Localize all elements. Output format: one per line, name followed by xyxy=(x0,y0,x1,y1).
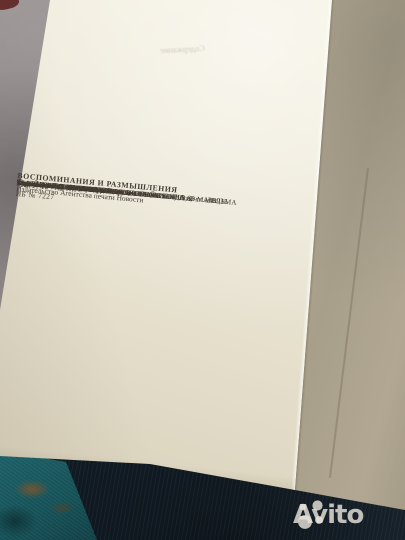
colophon-text-block: МАРШАЛ Г. К. ЖУКОВ ВОСПОМИНАНИЯ И РАЗМЫШ… xyxy=(0,170,317,441)
corner-stain xyxy=(0,0,20,12)
avito-brand-label: Avito xyxy=(293,502,363,528)
book-page-photo: Содержание МАРШАЛ Г. К. ЖУКОВ ВОСПОМИНАН… xyxy=(0,0,405,540)
page-crease xyxy=(329,168,369,478)
